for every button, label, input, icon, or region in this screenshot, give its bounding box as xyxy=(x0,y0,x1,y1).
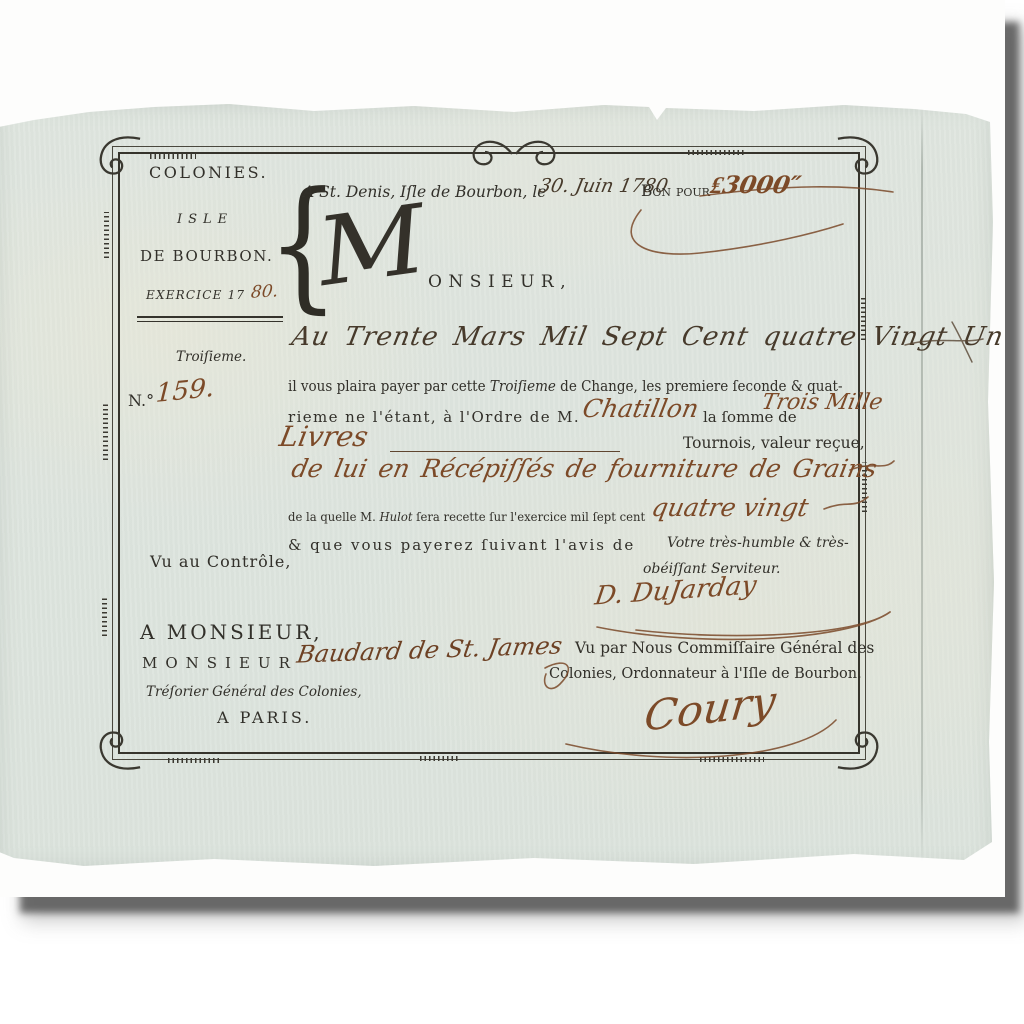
frame-tick-ornament xyxy=(102,596,107,636)
visa-line-1: Vu par Nous Commiſſaire Général des xyxy=(575,639,874,657)
livres-handwritten: Livres xyxy=(277,420,371,453)
frame-tick-ornament xyxy=(103,404,108,460)
body-line-6b: ſera recette ſur l'exercice mil ſept cen… xyxy=(412,509,645,524)
address-monsieur: MONSIEUR xyxy=(142,654,298,672)
document-scan: COLONIES. ISLE DE BOURBON. EXERCICE 17 8… xyxy=(0,0,1005,897)
address-a-monsieur: A MONSIEUR, xyxy=(140,620,323,644)
body-line-2: il vous plaira payer par cette Troiſieme… xyxy=(288,377,843,395)
frame-tick-ornament xyxy=(688,150,744,155)
frame-tick-ornament xyxy=(104,212,109,258)
region-de-bourbon: DE BOURBON. xyxy=(140,247,273,265)
payee-name-handwritten: Chatillon xyxy=(580,394,701,423)
top-center-flourish-icon xyxy=(468,136,560,170)
number-handwritten: 159. xyxy=(155,373,215,409)
body-line-7: & que vous payerez ſuivant l'avis de xyxy=(288,536,635,554)
corner-flourish-icon xyxy=(96,728,142,774)
bon-pour-label: Bon pour xyxy=(641,182,710,200)
body-line-2-emph: Troiſieme xyxy=(490,377,556,395)
due-date-handwritten-line: Au Trente Mars Mil Sept Cent quatre Ving… xyxy=(289,322,1006,352)
body-line-6: de la quelle M. Hulot ſera recette ſur l… xyxy=(288,509,645,524)
corner-flourish-icon xyxy=(836,728,882,774)
region-title: COLONIES. xyxy=(149,163,268,182)
body-line-6-emph: Hulot xyxy=(379,509,412,524)
exercice-year-words-handwritten: quatre vingt xyxy=(649,493,811,522)
amount-words-handwritten: Trois Mille xyxy=(760,390,885,415)
monsieur-rest: ONSIEUR, xyxy=(428,272,572,292)
tournois-label: Tournois, valeur reçue, xyxy=(683,434,865,452)
frame-tick-ornament xyxy=(150,154,196,159)
visa-line-2: Colonies, Ordonnateur à l'Iſle de Bourbo… xyxy=(549,666,862,682)
region-isle: ISLE xyxy=(177,212,233,227)
frame-tick-ornament xyxy=(420,756,460,761)
exercice-year-printed: EXERCICE 17 xyxy=(146,288,245,302)
number-prefix: N.° xyxy=(128,391,154,410)
monsieur-initial: M xyxy=(312,193,432,301)
closing-line-1: Votre très-humble & très- xyxy=(667,535,849,551)
frame-tick-ornament xyxy=(700,757,764,762)
corner-flourish-icon xyxy=(836,132,882,178)
controle-label: Vu au Contrôle, xyxy=(150,552,291,571)
ink-filler-dash xyxy=(390,440,620,452)
corner-flourish-icon xyxy=(96,132,142,178)
address-a-paris: A PARIS. xyxy=(217,708,312,727)
frame-tick-ornament xyxy=(168,758,222,763)
paper-fold-crease xyxy=(921,108,923,862)
copy-label: Troiſieme. xyxy=(176,349,246,365)
address-tresorier: Tréſorier Général des Colonies, xyxy=(146,684,362,700)
consideration-handwritten-line: de lui en Récépiſſés de fourniture de Gr… xyxy=(289,454,879,483)
body-line-6a: de la quelle M. xyxy=(288,509,379,524)
header-divider-rule xyxy=(137,316,283,322)
body-line-2a: il vous plaira payer par cette xyxy=(288,377,490,395)
amount-handwritten: ₤3000″ xyxy=(708,170,803,200)
